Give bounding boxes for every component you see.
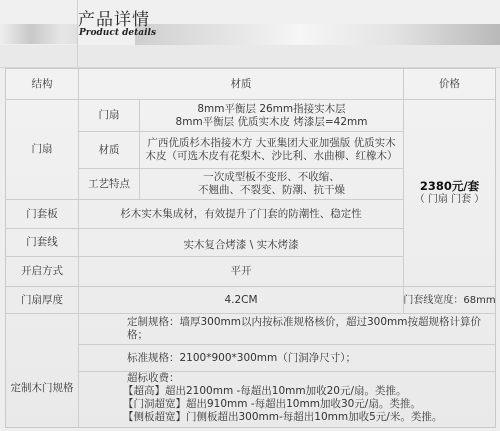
fee-item: 【超高】超出2100mm -每超出10mm加收20元/扇。类推。 [123,385,407,398]
frame-line-value: 实木复合烤漆 \ 实木烤漆 [78,228,403,256]
standard-spec: 标准规格：2100*900*300mm（门洞净尺寸）； [78,344,495,371]
craft-features: 一次成型板不变形、不收缩、 不翘曲、不裂变、防潮、抗干燥 [139,168,403,199]
craft-line-2: 不翘曲、不裂变、防潮、抗干燥 [198,184,345,197]
frame-board-value: 杉木实木集成材，有效提升了门套的防潮性、稳定性 [78,199,403,228]
price-cell: 2380元/套 （ 门扇 门套 ） [403,99,495,286]
craft-line-1: 一次成型板不变形、不收缩、 [203,171,340,184]
sub-label-material: 材质 [78,131,139,168]
material-line-2: 木皮（可选木皮有花梨木、沙比利、水曲柳、红橡木） [146,150,398,163]
row-label-frame-line: 门套线 [6,228,78,256]
material-line-1: 广西优质杉木指接木方 大亚集团大亚加强版 优质实木 [147,137,395,150]
frame-line-width: 门套线宽度：68mm [403,286,495,313]
door-leaf-layers: 8mm平衡层 26mm指接实木层 8mm平衡层 优质实木皮 烤漆层=42mm [139,99,403,131]
column-header-structure: 结构 [6,69,78,99]
over-standard-fees: 超标收费： 【超高】超出2100mm -每超出10mm加收20元/扇。类推。 【… [78,371,495,427]
custom-spec-rule: 定制规格：墙厚300mm以内按标准规格核价，超过300mm按超规格计算价格； [78,313,495,344]
row-label-opening: 开启方式 [6,256,78,286]
door-leaf-line-1: 8mm平衡层 26mm指接实木层 [197,103,345,116]
fees-title: 超标收费： [123,372,180,385]
price-note: （ 门扇 门套 ） [415,193,485,206]
door-leaf-line-2: 8mm平衡层 优质实木皮 烤漆层=42mm [176,116,368,129]
thickness-value: 4.2CM [78,286,403,313]
row-label-thickness: 门扇厚度 [6,286,78,313]
header-right-bar [135,24,500,45]
page-subtitle: Product details [79,28,156,38]
material-description: 广西优质杉木指接木方 大亚集团大亚加强版 优质实木 木皮（可选木皮有花梨木、沙比… [139,131,403,168]
column-header-material: 材质 [78,69,403,99]
fee-item: 【侧板超宽】门侧板超出300mm-每超出10mm加收5元/米。类推。 [123,411,442,424]
header-lower-band [0,45,500,67]
row-label-door-leaf: 门扇 [6,99,78,199]
product-spec-table: 结构 材质 价格 门扇 门扇 8mm平衡层 26mm指接实木层 8mm平衡层 优… [5,68,496,428]
price-value: 2380元/套 [420,180,479,193]
page-title: 产品详情 [78,5,150,30]
sub-label-door-leaf: 门扇 [78,99,139,131]
header-left-bar [0,24,77,44]
row-label-frame-board: 门套板 [6,199,78,228]
opening-value: 平开 [78,256,403,286]
row-label-custom-spec: 定制木门规格 [6,313,78,427]
fee-item: 【门洞超宽】超出910mm -每超出10mm加收30元/扇。类推。 [123,398,421,411]
column-header-price: 价格 [403,69,495,99]
sub-label-craft: 工艺特点 [78,168,139,199]
